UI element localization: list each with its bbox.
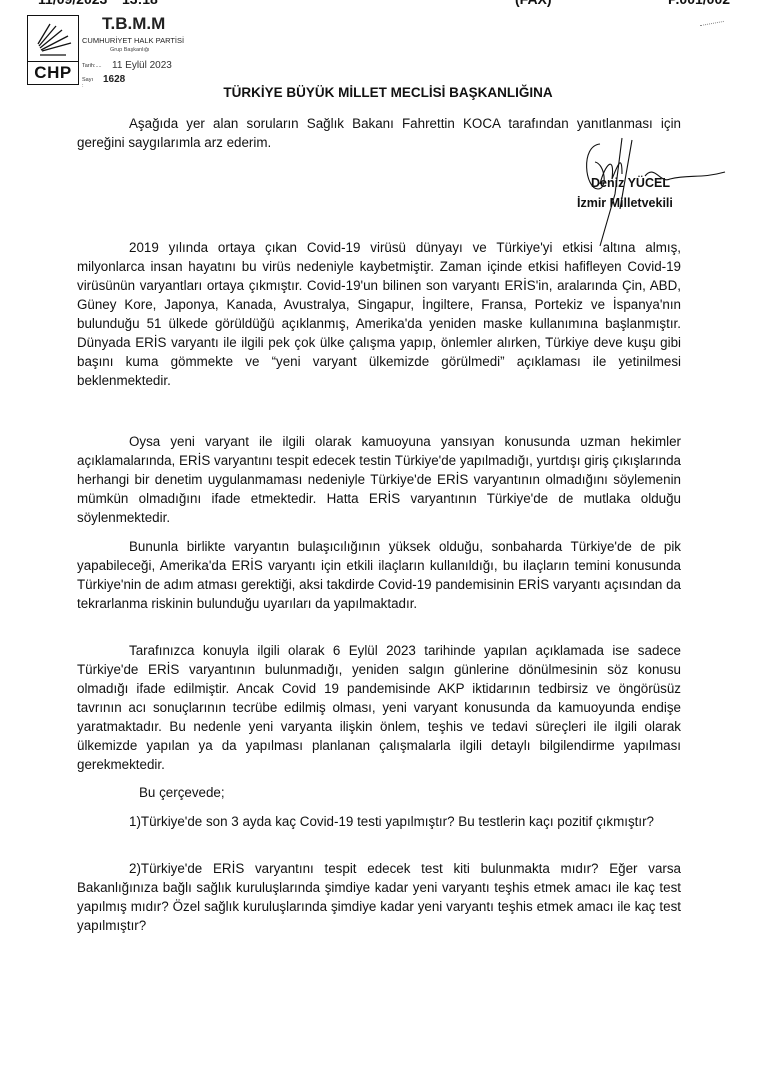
signatory-title: İzmir Milletvekili xyxy=(577,196,673,210)
party-logo-text: CHP xyxy=(28,62,78,84)
handwritten-signature-icon xyxy=(560,134,760,249)
date-value: 11 Eylül 2023 xyxy=(112,60,172,71)
fax-page-number: P.001/002 xyxy=(668,0,730,7)
institution-name: T.B.M.M xyxy=(102,14,165,34)
body-paragraph: Bununla birlikte varyantın bulaşıcılığın… xyxy=(77,537,681,613)
body-paragraph: Oysa yeni varyant ile ilgili olarak kamu… xyxy=(77,432,681,527)
party-unit: Grup Başkanlığı xyxy=(110,47,149,53)
fax-label: (FAX) xyxy=(515,0,552,7)
signatory-name: Deniz YÜCEL xyxy=(591,176,670,190)
fax-date: 11/09/2023 xyxy=(38,0,107,7)
question-item: 1)Türkiye'de son 3 ayda kaç Covid-19 tes… xyxy=(77,812,681,831)
party-logo: CHP xyxy=(27,15,79,85)
fax-header: 11/09/2023 13:18 (FAX) P.001/002 xyxy=(0,0,764,9)
date-label: Tarih:.... xyxy=(82,63,102,69)
framework-intro: Bu çerçevede; xyxy=(77,783,681,802)
document-title-text: TÜRKİYE BÜYÜK MİLLET MECLİSİ BAŞKANLIĞIN… xyxy=(223,85,552,100)
document-title: TÜRKİYE BÜYÜK MİLLET MECLİSİ BAŞKANLIĞIN… xyxy=(0,85,764,100)
party-name: CUMHURİYET HALK PARTİSİ xyxy=(82,36,184,45)
number-value: 1628 xyxy=(103,74,125,85)
body-paragraph: Tarafınızca konuyla ilgili olarak 6 Eylü… xyxy=(77,641,681,774)
six-arrows-icon xyxy=(28,16,78,62)
scan-mark xyxy=(700,21,724,26)
signature-block: Deniz YÜCEL İzmir Milletvekili xyxy=(560,140,760,250)
body-paragraph: 2019 yılında ortaya çıkan Covid-19 virüs… xyxy=(77,238,681,390)
question-item: 2)Türkiye'de ERİS varyantını tespit edec… xyxy=(77,859,681,935)
fax-time: 13:18 xyxy=(122,0,158,7)
